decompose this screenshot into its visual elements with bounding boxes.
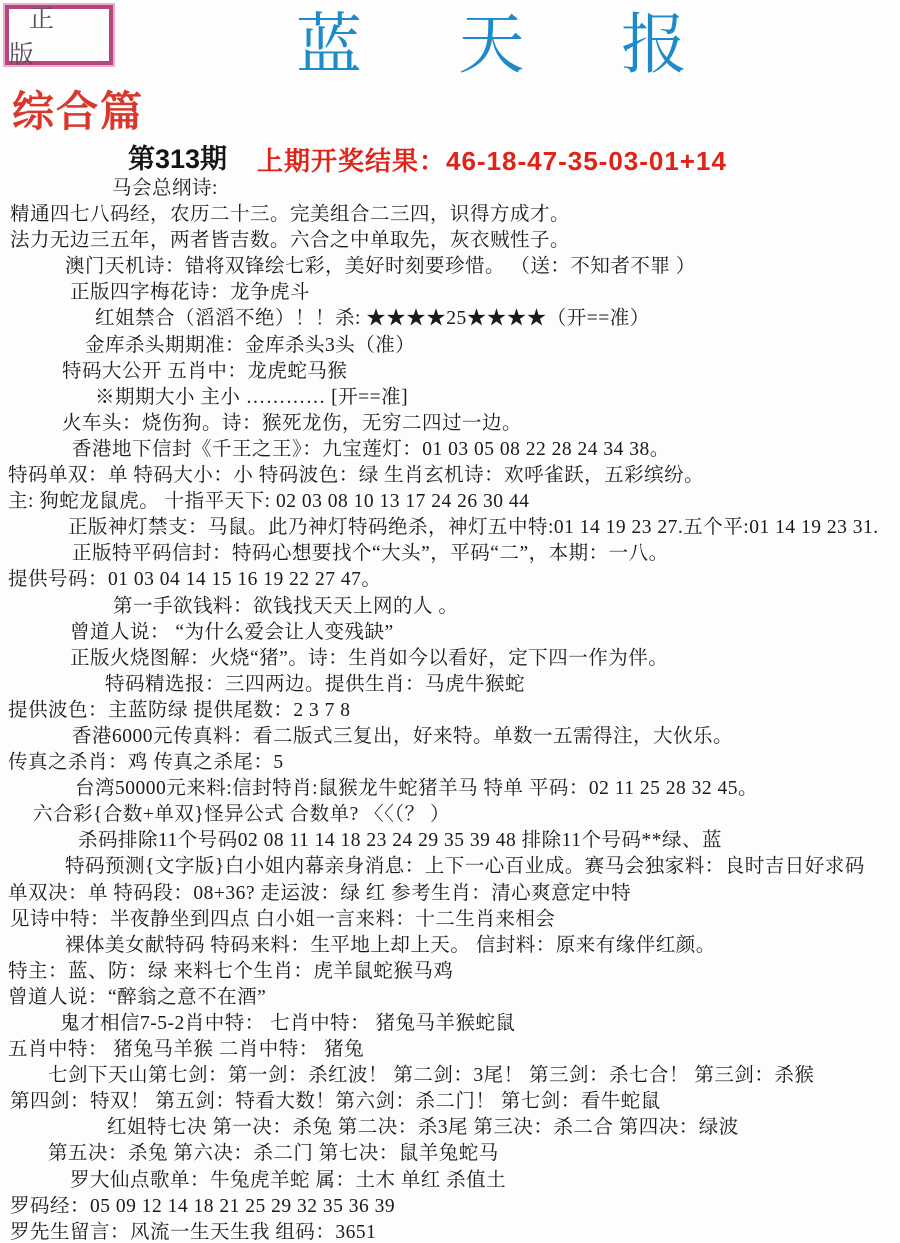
section-title: 综合篇 xyxy=(12,88,144,138)
newspaper-title: 蓝 天 报 xyxy=(296,6,727,86)
text-line: 曾道人说： “为什么爱会让人变残缺” xyxy=(0,620,900,646)
text-line: 法力无边三五年，两者皆吉数。六合之中单取先，灰衣贼性子。 xyxy=(0,228,900,254)
text-line: 红姐禁合（滔滔不绝）！！杀: ★★★★25★★★★（开==准） xyxy=(0,306,900,332)
text-line: 正版神灯禁支：马鼠。此乃神灯特码绝杀，神灯五中特:01 14 19 23 27.… xyxy=(0,515,900,541)
text-line: 正版四字梅花诗：龙争虎斗 xyxy=(0,280,900,306)
text-line: 提供波色：主蓝防绿 提供尾数：2 3 7 8 xyxy=(0,698,900,724)
text-line: 精通四七八码经，农历二十三。完美组合二三四，识得方成才。 xyxy=(0,202,900,228)
text-line: 正版火烧图解：火烧“猪”。诗：生肖如今以看好，定下四一作为伴。 xyxy=(0,646,900,672)
text-line: 罗大仙点歌单：牛兔虎羊蛇 属：土木 单红 杀值土 xyxy=(0,1168,900,1194)
text-line: 金库杀头期期准：金库杀头3头（准） xyxy=(0,333,900,359)
text-line: 马会总纲诗: xyxy=(0,176,900,202)
text-line: 特码单双：单 特码大小：小 特码波色：绿 生肖玄机诗：欢呼雀跃，五彩缤纷。 xyxy=(0,463,900,489)
text-line: 裸体美女献特码 特码来料：生平地上却上天。 信封料：原来有缘伴红颜。 xyxy=(0,933,900,959)
text-line: 正版特平码信封：特码心想要找个“大头”，平码“二”，本期：一八。 xyxy=(0,541,900,567)
text-line: 香港6000元传真料：看二版式三复出，好来特。单数一五需得注，大伙乐。 xyxy=(0,724,900,750)
text-line: 第五决：杀兔 第六决：杀二门 第七决：鼠羊兔蛇马 xyxy=(0,1141,900,1167)
newspaper-page: 正 版 蓝 天 报 综合篇 第313期 上期开奖结果：46-18-47-35-0… xyxy=(0,0,900,1243)
text-line: 特码精选报：三四两边。提供生肖：马虎牛猴蛇 xyxy=(0,672,900,698)
text-line: 罗码经：05 09 12 14 18 21 25 29 32 35 36 39 xyxy=(0,1194,900,1220)
text-line: 曾道人说：“醉翁之意不在酒” xyxy=(0,985,900,1011)
text-line: 第一手欲钱料：欲钱找天天上网的人 。 xyxy=(0,594,900,620)
text-line: 特码大公开 五肖中：龙虎蛇马猴 xyxy=(0,359,900,385)
text-line: 第四剑：特双！ 第五剑：特看大数！第六剑：杀二门！ 第七剑：看牛蛇鼠 xyxy=(0,1089,900,1115)
text-line: 见诗中特：半夜静坐到四点 白小姐一言来料：十二生肖来相会 xyxy=(0,907,900,933)
text-line: 罗先生留言：风流一生天生我 组码：3651 xyxy=(0,1220,900,1243)
text-line: 六合彩{合数+单双}怪异公式 合数单? 〈〈（？ ） xyxy=(0,802,900,828)
text-line: 提供号码：01 03 04 14 15 16 19 22 27 47。 xyxy=(0,567,900,593)
text-line: 澳门天机诗：错将双锋绘七彩，美好时刻要珍惜。 （送：不知者不罪 ） xyxy=(0,254,900,280)
text-line: 特主：蓝、防：绿 来料七个生肖：虎羊鼠蛇猴马鸡 xyxy=(0,959,900,985)
text-line: 红姐特七决 第一决：杀兔 第二决：杀3尾 第三决：杀二合 第四决：绿波 xyxy=(0,1115,900,1141)
text-line: 主: 狗蛇龙鼠虎。 十指平天下: 02 03 08 10 13 17 24 26… xyxy=(0,489,900,515)
text-line: 香港地下信封《千王之王》：九宝莲灯：01 03 05 08 22 28 24 3… xyxy=(0,437,900,463)
text-line: 杀码排除11个号码02 08 11 14 18 23 24 29 35 39 4… xyxy=(0,828,900,854)
text-line: 传真之杀肖：鸡 传真之杀尾：5 xyxy=(0,750,900,776)
text-line: 七剑下天山第七剑：第一剑：杀红波！ 第二剑：3尾！ 第三剑：杀七合！ 第三剑：杀… xyxy=(0,1063,900,1089)
last-draw-result: 上期开奖结果：46-18-47-35-03-01+14 xyxy=(257,141,727,178)
text-line: 五肖中特： 猪兔马羊猴 二肖中特： 猪兔 xyxy=(0,1037,900,1063)
text-line: 台湾50000元来料:信封特肖:鼠猴龙牛蛇猪羊马 特单 平码：02 11 25 … xyxy=(0,776,900,802)
text-line: 特码预测{文字版}白小姐内幕亲身消息：上下一心百业成。赛马会独家料：良时吉日好求… xyxy=(0,854,900,880)
text-line: 单双决：单 特码段：08+36? 走运波：绿 红 参考生肖：清心爽意定中特 xyxy=(0,881,900,907)
text-line: ※期期大小 主小 ………… [开==准] xyxy=(0,385,900,411)
tip-lines-container: 马会总纲诗:精通四七八码经，农历二十三。完美组合二三四，识得方成才。法力无边三五… xyxy=(0,176,900,1243)
text-line: 鬼才相信7-5-2肖中特： 七肖中特： 猪兔马羊猴蛇鼠 xyxy=(0,1011,900,1037)
text-line: 火车头：烧伤狗。诗：猴死龙伤，无穷二四过一边。 xyxy=(0,411,900,437)
issue-number: 第313期 xyxy=(128,137,227,176)
edition-badge: 正 版 xyxy=(5,5,113,65)
